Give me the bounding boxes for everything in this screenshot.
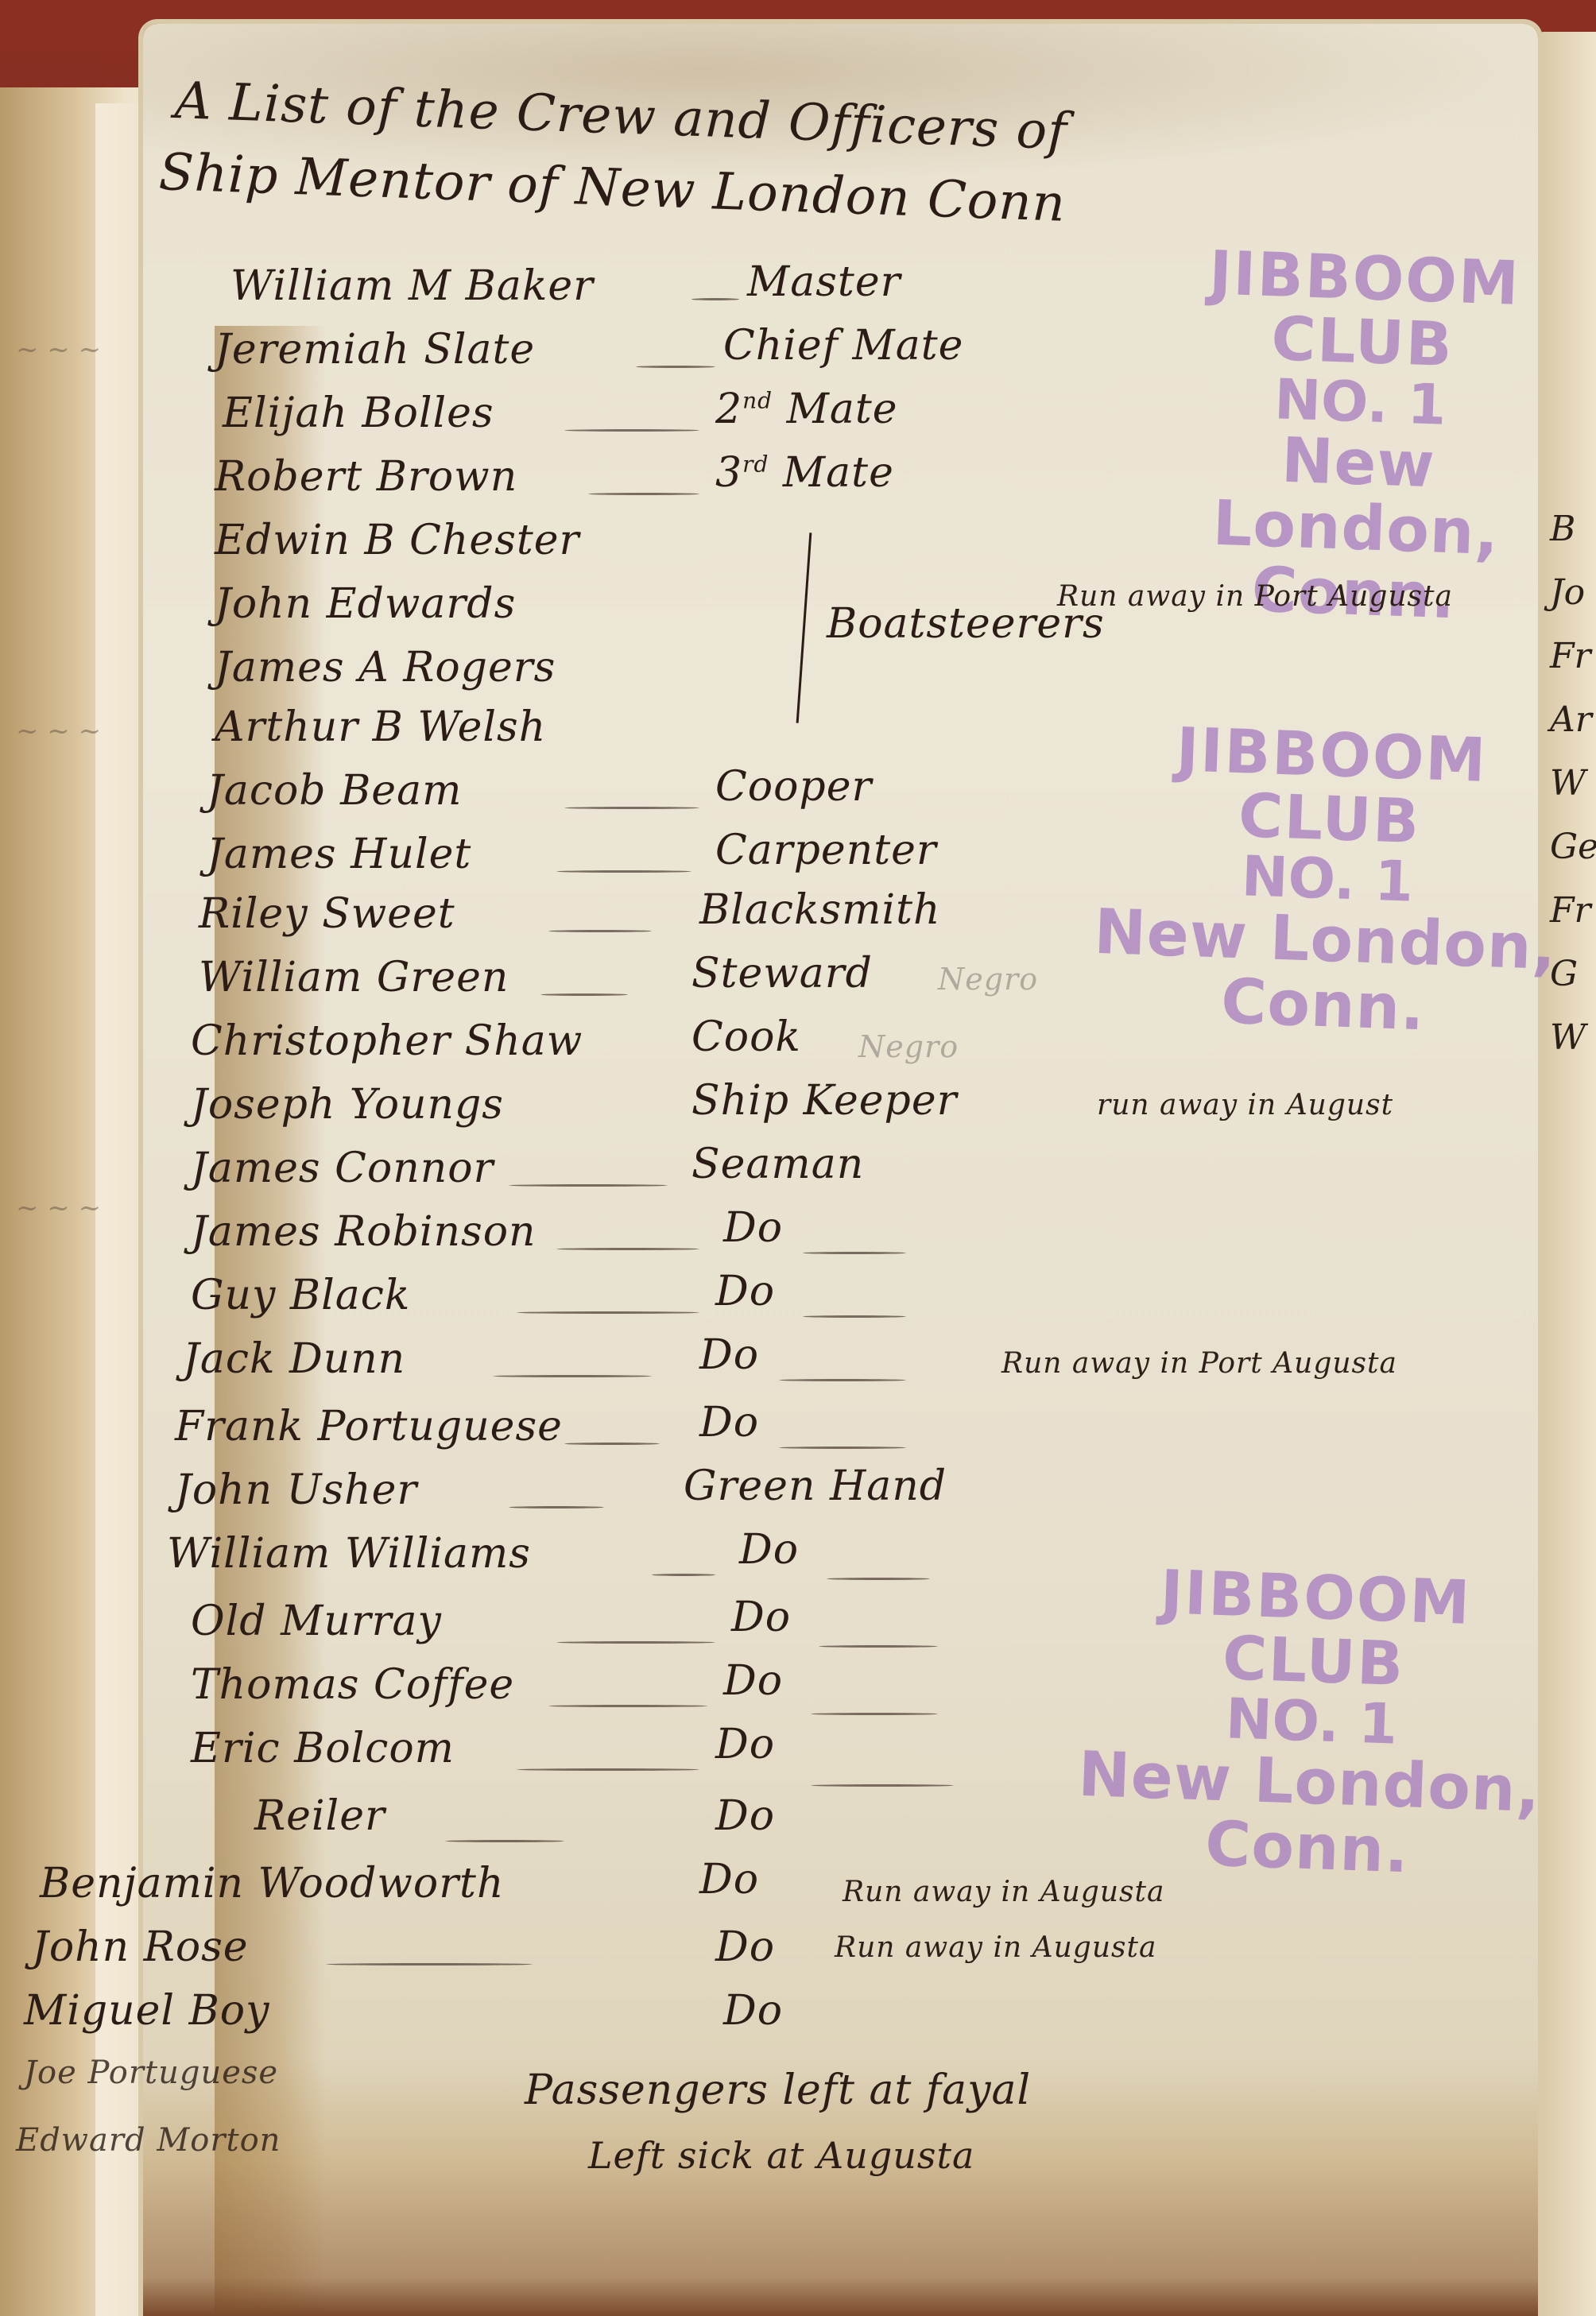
- crew-name: Joe Portuguese: [24, 2055, 278, 2091]
- facing-page-handwriting: ~ ~ ~: [16, 715, 175, 747]
- crew-name: James Connor: [191, 1144, 494, 1192]
- stamp-line-3: New London, Conn.: [1059, 1742, 1556, 1889]
- crew-name: Jacob Beam: [207, 767, 462, 815]
- crew-note: Negro: [858, 1029, 959, 1064]
- passengers-note: Passengers left at fayal: [525, 2066, 1031, 2114]
- crew-name: John Usher: [175, 1466, 417, 1514]
- crew-role: Steward: [691, 950, 873, 997]
- crew-role: Green Hand: [684, 1462, 947, 1510]
- crew-role: Do: [731, 1594, 791, 1641]
- crew-name: William Green: [199, 954, 509, 1001]
- facing-page-handwriting: B: [1550, 509, 1575, 549]
- ordinal-suffix: rd: [742, 451, 769, 478]
- crew-role: Blacksmith: [699, 886, 941, 934]
- leader-line: [811, 1713, 938, 1715]
- crew-role: Seaman: [691, 1141, 864, 1188]
- crew-note: Run away in Augusta: [843, 1876, 1164, 1908]
- leader-line: [326, 1963, 533, 1966]
- crew-name: Christopher Shaw: [191, 1017, 583, 1065]
- crew-role: 2nd Mate: [715, 385, 898, 433]
- crew-role: Do: [699, 1856, 759, 1904]
- crew-name: Elijah Bolles: [223, 389, 494, 437]
- leader-line: [548, 1705, 707, 1707]
- leader-line: [827, 1578, 930, 1580]
- crew-name: John Edwards: [215, 580, 516, 628]
- leader-line: [803, 1315, 906, 1318]
- crew-role: Cooper: [715, 763, 872, 811]
- leader-line: [445, 1840, 564, 1842]
- crew-name: William M Baker: [230, 262, 594, 310]
- crew-name: Joseph Youngs: [191, 1081, 504, 1129]
- facing-page-handwriting: Fr: [1550, 636, 1591, 676]
- crew-name: James A Rogers: [215, 644, 556, 691]
- crew-role: Do: [699, 1331, 759, 1379]
- crew-role: Do: [699, 1399, 759, 1447]
- crew-name: Miguel Boy: [24, 1987, 269, 2035]
- crew-name: Arthur B Welsh: [215, 703, 546, 751]
- crew-role: Do: [715, 1268, 775, 1315]
- crew-role: Do: [739, 1526, 799, 1574]
- facing-page-handwriting: Fr: [1550, 890, 1591, 931]
- crew-name: William Williams: [167, 1530, 531, 1578]
- stamp-line-1: JIBBOOM CLUB: [1155, 239, 1572, 381]
- crew-role: Do: [723, 1657, 783, 1705]
- crew-name: Edward Morton: [16, 2122, 281, 2159]
- stamp-jibboom-club: JIBBOOM CLUB NO. 1 New London, Conn.: [1146, 239, 1572, 634]
- leader-line: [556, 1641, 715, 1644]
- leader-line: [811, 1784, 954, 1787]
- crew-role: Do: [715, 1923, 775, 1971]
- crew-note: Negro: [938, 962, 1038, 997]
- crew-role: Do: [715, 1792, 775, 1840]
- stamp-line-1: JIBBOOM CLUB: [1090, 715, 1571, 858]
- group-brace: [796, 533, 812, 723]
- leader-line: [819, 1645, 938, 1648]
- crew-name: Jeremiah Slate: [215, 326, 535, 374]
- facing-page-handwriting: W: [1550, 1017, 1586, 1058]
- leader-line: [517, 1768, 699, 1771]
- sick-note: Left sick at Augusta: [588, 2134, 974, 2177]
- facing-page-handwriting: Ar: [1550, 699, 1592, 740]
- leader-line: [493, 1375, 652, 1377]
- facing-page-handwriting: G: [1550, 954, 1578, 994]
- leader-line: [691, 298, 739, 300]
- leader-line: [636, 366, 715, 368]
- crew-note: Run away in Port Augusta: [1057, 580, 1453, 613]
- leader-line: [509, 1506, 604, 1508]
- crew-name: Guy Black: [191, 1272, 410, 1319]
- facing-page-handwriting: W: [1550, 763, 1586, 804]
- facing-page-handwriting: Ge: [1550, 827, 1596, 867]
- crew-name: Frank Portuguese: [175, 1403, 563, 1450]
- leader-line: [803, 1252, 906, 1254]
- stamp-line-1: JIBBOOM CLUB: [1067, 1557, 1563, 1701]
- crew-role: Master: [747, 258, 901, 306]
- crew-note: run away in August: [1097, 1089, 1393, 1121]
- leader-line: [564, 429, 699, 432]
- crew-name: Edwin B Chester: [215, 517, 579, 564]
- crew-role: Ship Keeper: [691, 1077, 957, 1125]
- crew-name: Old Murray: [191, 1598, 442, 1645]
- crew-role: Carpenter: [715, 827, 937, 874]
- crew-name: Thomas Coffee: [191, 1661, 514, 1709]
- crew-name: Robert Brown: [215, 453, 517, 501]
- leader-line: [556, 1248, 699, 1250]
- stamp-jibboom-club: JIBBOOM CLUB NO. 1 New London, Conn.: [1059, 1557, 1563, 1889]
- stamp-jibboom-club: JIBBOOM CLUB NO. 1 New London, Conn.: [1083, 715, 1571, 1048]
- leader-line: [779, 1447, 906, 1449]
- crew-name: Jack Dunn: [183, 1335, 405, 1383]
- crew-role: Do: [723, 1204, 783, 1252]
- leader-line: [652, 1574, 715, 1576]
- facing-page-handwriting: ~ ~ ~: [16, 334, 175, 366]
- crew-name: Eric Bolcom: [191, 1725, 455, 1772]
- leader-line: [509, 1184, 668, 1187]
- crew-note: Run away in Port Augusta: [1001, 1347, 1397, 1380]
- crew-name: Benjamin Woodworth: [40, 1860, 504, 1907]
- leader-line: [564, 1443, 660, 1445]
- crew-role: Cook: [691, 1013, 801, 1061]
- leader-line: [588, 493, 699, 495]
- crew-role: 3rd Mate: [715, 449, 894, 497]
- leader-line: [564, 807, 699, 809]
- facing-page-handwriting: Jo: [1550, 572, 1585, 613]
- crew-name: James Hulet: [207, 831, 471, 878]
- stamp-line-3: New London, Conn.: [1083, 900, 1564, 1048]
- ledger-page: A List of the Crew and Officers of Ship …: [143, 24, 1538, 2316]
- leader-line: [540, 993, 628, 996]
- leader-line: [548, 930, 652, 932]
- leader-line: [779, 1379, 906, 1381]
- leader-line: [517, 1311, 699, 1314]
- ordinal-suffix: nd: [742, 388, 773, 414]
- crew-name: James Robinson: [191, 1208, 537, 1256]
- crew-role: Do: [715, 1721, 775, 1768]
- facing-page-handwriting: ~ ~ ~: [16, 1192, 175, 1224]
- crew-role: Do: [723, 1987, 783, 2035]
- leader-line: [556, 870, 691, 873]
- crew-name: John Rose: [32, 1923, 249, 1971]
- crew-role: Chief Mate: [723, 322, 963, 370]
- crew-name: Riley Sweet: [199, 890, 455, 938]
- crew-name: Reiler: [254, 1792, 385, 1840]
- crew-note: Run away in Augusta: [835, 1931, 1156, 1964]
